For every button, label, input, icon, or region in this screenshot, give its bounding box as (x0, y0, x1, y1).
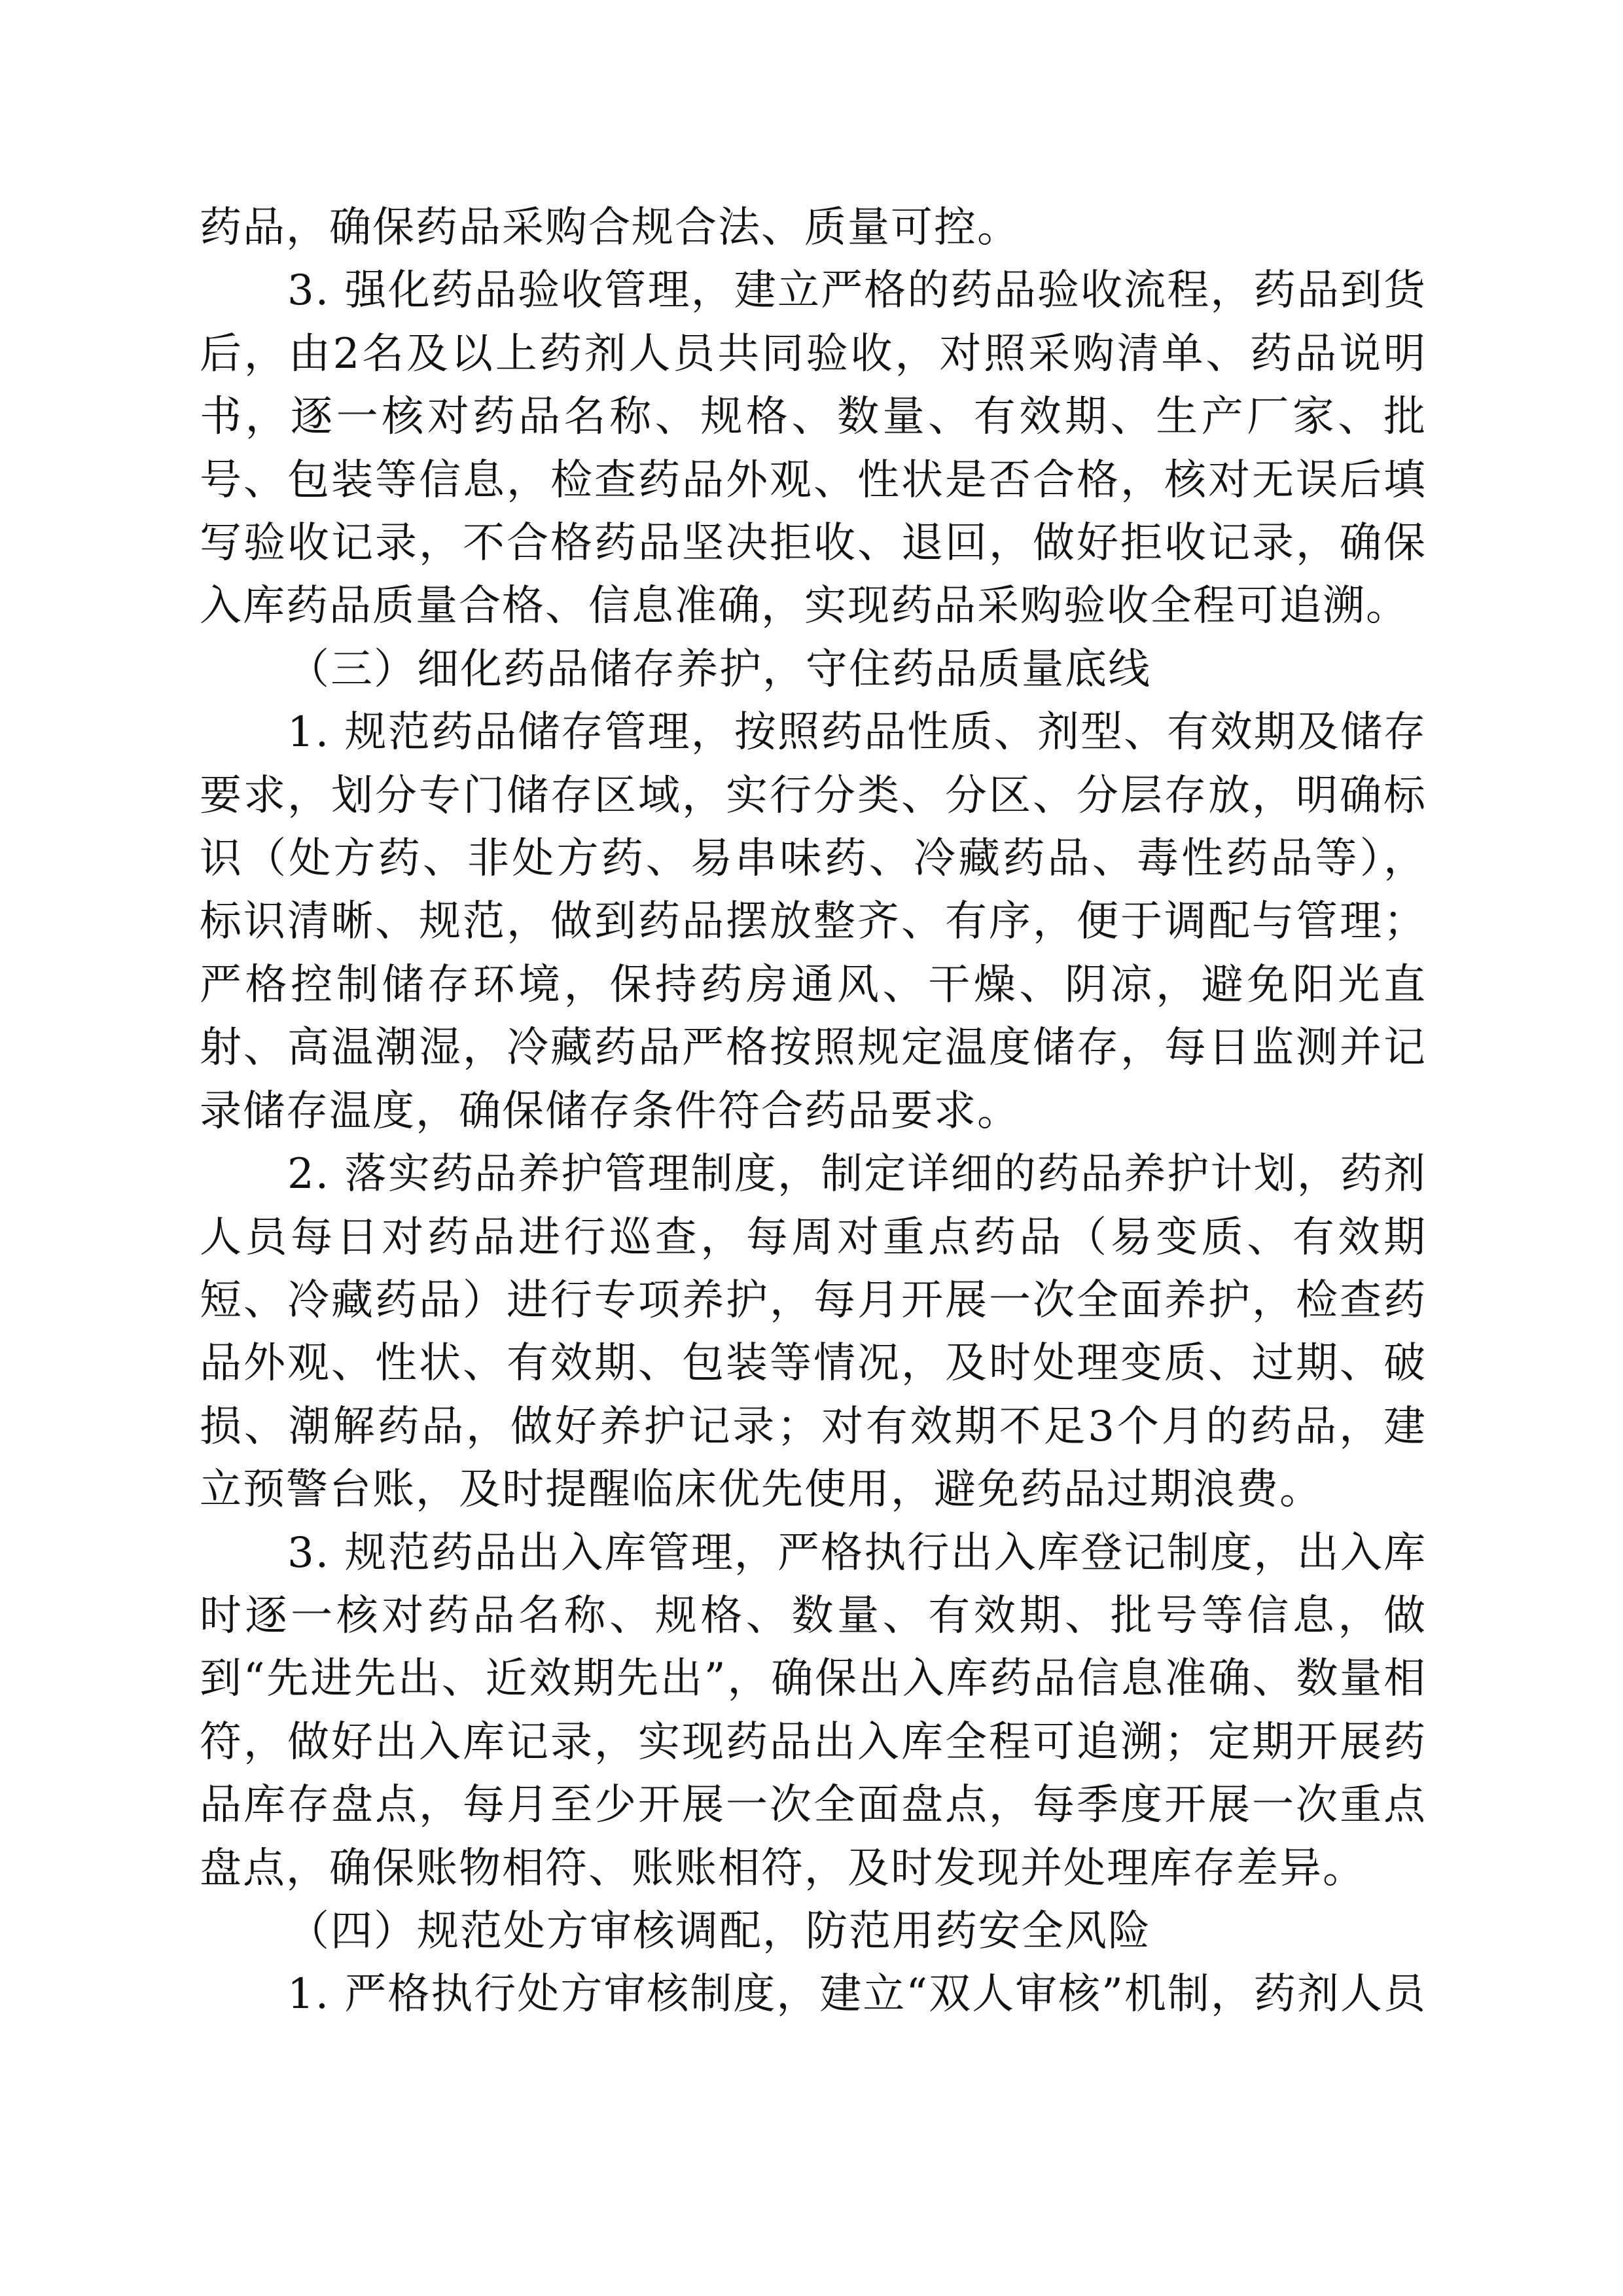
paragraph-inventory-management: 3. 规范药品出入库管理，严格执行出入库登记制度，出入库时逐一核对药品名称、规格… (200, 1522, 1427, 1900)
section-heading-storage: （三）细化药品储存养护，守住药品质量底线 (200, 638, 1427, 701)
paragraph-storage-management: 1. 规范药品储存管理，按照药品性质、剂型、有效期及储存要求，划分专门储存区域，… (200, 701, 1427, 1143)
paragraph-prescription-review: 1. 严格执行处方审核制度，建立“双人审核”机制，药剂人员 (200, 1963, 1427, 2026)
paragraph-acceptance-management: 3. 强化药品验收管理，建立严格的药品验收流程，药品到货后，由2名及以上药剂人员… (200, 259, 1427, 637)
section-heading-prescription: （四）规范处方审核调配，防范用药安全风险 (200, 1900, 1427, 1963)
paragraph-continuation: 药品，确保药品采购合规合法、质量可控。 (200, 196, 1427, 259)
paragraph-maintenance-system: 2. 落实药品养护管理制度，制定详细的药品养护计划，药剂人员每日对药品进行巡查，… (200, 1143, 1427, 1521)
document-page: 药品，确保药品采购合规合法、质量可控。 3. 强化药品验收管理，建立严格的药品验… (200, 196, 1427, 2026)
